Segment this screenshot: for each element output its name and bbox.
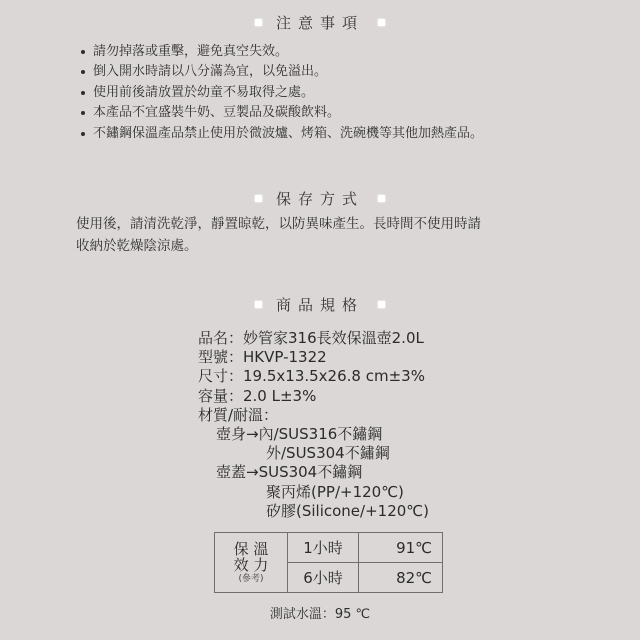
storage-title-text: 保存方式 <box>276 188 364 209</box>
notes-list-item: 本產品不宜盛裝牛奶、豆製品及碳酸飲料。 <box>78 103 483 123</box>
bullet-icon <box>81 91 85 95</box>
title-marker-left-icon <box>255 195 262 202</box>
bullet-icon <box>81 111 85 115</box>
time-cell: 6小時 <box>288 563 359 593</box>
time-cell: 1小時 <box>288 533 359 563</box>
spec-body-inner: 壺身→內/SUS316不鏽鋼 <box>198 425 429 444</box>
notes-item-text: 不鏽鋼保溫產品禁止使用於微波爐、烤箱、洗碗機等其他加熱產品。 <box>93 126 483 141</box>
spec-lid-pp: 聚丙烯(PP/+120℃) <box>198 483 429 502</box>
label-line-1: 保 溫 <box>215 541 287 557</box>
title-marker-right-icon <box>378 301 385 308</box>
label-note: (參考) <box>215 573 287 585</box>
notes-item-text: 倒入開水時請以八分滿為宜，以免溢出。 <box>93 64 327 79</box>
specs-section-title: 商品規格 <box>0 294 640 315</box>
spec-model: 型號：HKVP-1322 <box>198 348 429 367</box>
notes-item-text: 使用前後請放置於幼童不易取得之處。 <box>93 85 314 100</box>
storage-line: 收納於乾燥陰涼處。 <box>76 235 556 257</box>
notes-section-title: 注意事項 <box>0 12 640 33</box>
bullet-icon <box>81 132 85 136</box>
test-water-temperature: 測試水溫：95 ℃ <box>0 603 640 622</box>
bullet-icon <box>81 70 85 74</box>
spec-material-label: 材質/耐溫： <box>198 406 429 425</box>
notes-title-text: 注意事項 <box>276 12 364 33</box>
notes-list: 請勿掉落或重擊，避免真空失效。 倒入開水時請以八分滿為宜，以免溢出。 使用前後請… <box>78 42 483 144</box>
spec-body-outer: 外/SUS304不鏽鋼 <box>198 444 429 463</box>
title-marker-right-icon <box>378 19 385 26</box>
spec-product-name: 品名：妙管家316長效保溫壺2.0L <box>198 329 429 348</box>
notes-list-item: 請勿掉落或重擊，避免真空失效。 <box>78 42 483 62</box>
title-marker-left-icon <box>255 19 262 26</box>
storage-line: 使用後，請清洗乾淨，靜置晾乾，以防異味產生。長時間不使用時請 <box>76 213 556 235</box>
specs-block: 品名：妙管家316長效保溫壺2.0L 型號：HKVP-1322 尺寸：19.5x… <box>198 329 429 521</box>
temp-cell: 82℃ <box>359 563 443 593</box>
insulation-performance-table: 保 溫 效 力 (參考) 1小時 91℃ 6小時 82℃ <box>214 532 443 593</box>
title-marker-left-icon <box>255 301 262 308</box>
bullet-icon <box>81 50 85 54</box>
notes-item-text: 本產品不宜盛裝牛奶、豆製品及碳酸飲料。 <box>93 105 340 120</box>
label-line-2: 效 力 <box>215 557 287 573</box>
spec-lid-silicone: 矽膠(Silicone/+120℃) <box>198 502 429 521</box>
temp-cell: 91℃ <box>359 533 443 563</box>
notes-list-item: 倒入開水時請以八分滿為宜，以免溢出。 <box>78 62 483 82</box>
spec-dimensions: 尺寸：19.5x13.5x26.8 cm±3% <box>198 367 429 386</box>
notes-item-text: 請勿掉落或重擊，避免真空失效。 <box>93 44 288 59</box>
storage-paragraph: 使用後，請清洗乾淨，靜置晾乾，以防異味產生。長時間不使用時請 收納於乾燥陰涼處。 <box>76 213 556 257</box>
insulation-label-cell: 保 溫 效 力 (參考) <box>215 533 288 593</box>
storage-section-title: 保存方式 <box>0 188 640 209</box>
notes-list-item: 不鏽鋼保溫產品禁止使用於微波爐、烤箱、洗碗機等其他加熱產品。 <box>78 124 483 144</box>
table-row: 保 溫 效 力 (參考) 1小時 91℃ <box>215 533 443 563</box>
spec-capacity: 容量：2.0 L±3% <box>198 387 429 406</box>
notes-list-item: 使用前後請放置於幼童不易取得之處。 <box>78 83 483 103</box>
title-marker-right-icon <box>378 195 385 202</box>
specs-title-text: 商品規格 <box>276 294 364 315</box>
spec-lid: 壺蓋→SUS304不鏽鋼 <box>198 463 429 482</box>
